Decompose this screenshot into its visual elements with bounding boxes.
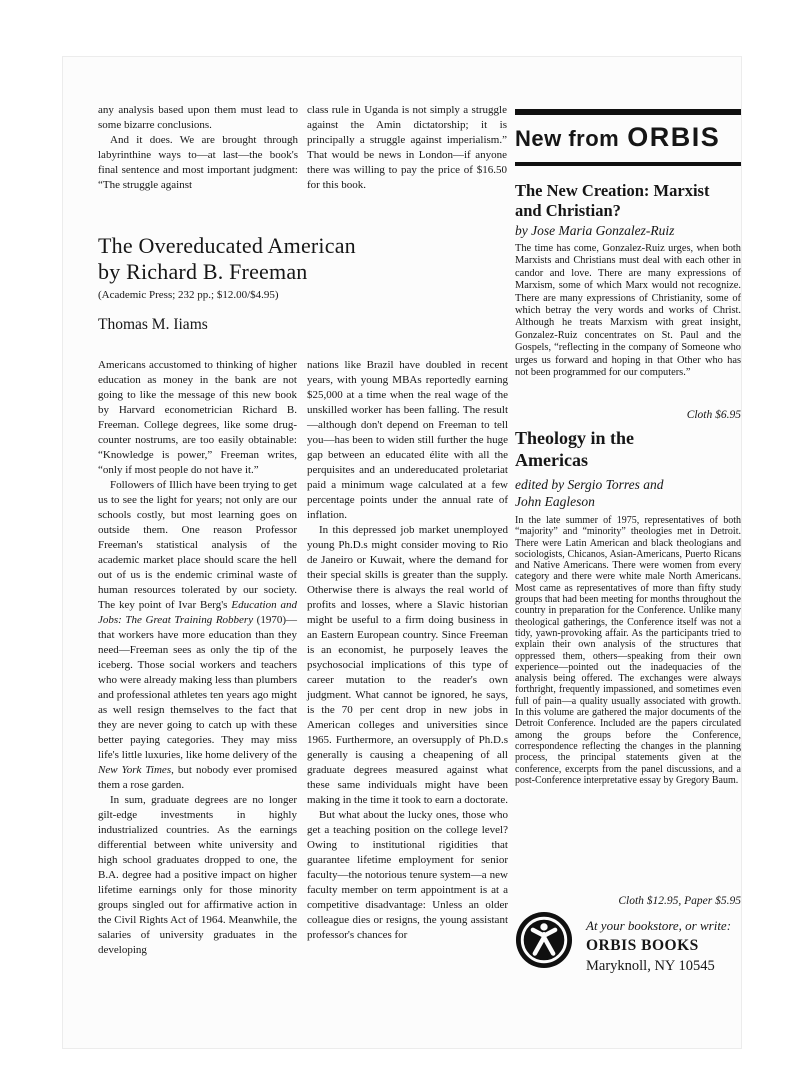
page-background: { "colors": { "ink": "#161616", "bar": "…: [0, 0, 800, 1067]
book1-price: Cloth $6.95: [515, 409, 741, 421]
book2-byline: edited by Sergio Torres and John Eagleso…: [515, 477, 690, 510]
book1-byline: by Jose Maria Gonzalez-Ruiz: [515, 223, 674, 239]
book2-description: In the late summer of 1975, representati…: [515, 515, 741, 786]
orbis-ad-header: New fromORBIS: [515, 109, 741, 166]
publisher-name: ORBIS BOOKS: [586, 935, 731, 956]
publisher-block: At your bookstore, or write: ORBIS BOOKS…: [586, 911, 731, 976]
top-right-column: class rule in Uganda is not simply a str…: [307, 103, 507, 193]
review-column-left: Americans accustomed to thinking of high…: [98, 358, 297, 958]
book1-description: The time has come, Gonzalez-Ruiz urges, …: [515, 243, 741, 379]
book2-price: Cloth $12.95, Paper $5.95: [515, 895, 741, 907]
review-title-line: The Overeducated American: [98, 233, 356, 259]
top-left-column: any analysis based upon them must lead t…: [98, 103, 298, 193]
reviewer-name: Thomas M. Iiams: [98, 316, 208, 334]
publisher-address: Maryknoll, NY 10545: [586, 956, 731, 976]
orbis-figure-icon: [515, 911, 573, 974]
orbis-ad-footer: At your bookstore, or write: ORBIS BOOKS…: [515, 911, 741, 976]
book1-title: The New Creation: Marxist and Christian?: [515, 181, 715, 221]
review-author-line: by Richard B. Freeman: [98, 259, 356, 285]
orbis-header-brand: ORBIS: [627, 122, 720, 152]
magazine-page: any analysis based upon them must lead t…: [63, 57, 741, 1048]
orbis-header-prefix: New from: [515, 126, 619, 151]
book2-title: Theology in the Americas: [515, 427, 637, 471]
review-column-right: nations like Brazil have doubled in rece…: [307, 358, 508, 943]
review-pub-info: (Academic Press; 232 pp.; $12.00/$4.95): [98, 289, 279, 301]
review-title: The Overeducated American by Richard B. …: [98, 233, 356, 285]
bookstore-note: At your bookstore, or write:: [586, 916, 731, 935]
orbis-ad: New fromORBIS The New Creation: Marxist …: [515, 57, 741, 1048]
